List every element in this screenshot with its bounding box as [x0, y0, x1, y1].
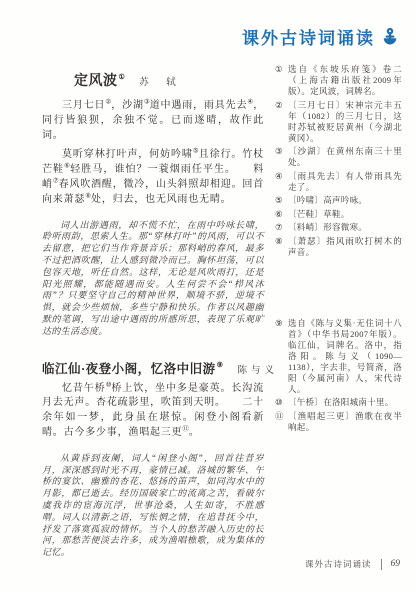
footnote-number: ①: [275, 64, 288, 97]
page-header-title: 课外古诗词诵读: [242, 24, 375, 49]
footnotes-group-1: ①选自《东坡乐府笺》卷二（上海古籍出版社2009年版）。定风波，词牌名。②〔三月…: [275, 64, 402, 258]
poem-author: 陈与义: [237, 362, 278, 376]
footnote-number: ⑧: [275, 236, 288, 258]
footnote-text: 〔萧瑟〕指风雨吹打树木的声音。: [288, 236, 402, 258]
footnote-text: 〔三月七日〕宋神宗元丰五年（1082）的三月七日，这时苏轼被贬居黄州（今湖北黄冈…: [288, 100, 402, 144]
footnote-number: ⑪: [275, 411, 288, 433]
footnote-item: ①选自《东坡乐府笺》卷二（上海古籍出版社2009年版）。定风波，词牌名。: [275, 64, 402, 97]
footer-label: 课外古诗词诵读: [305, 558, 372, 570]
footnote-number: ④: [275, 171, 288, 193]
footnote-ref: ⑥: [64, 163, 70, 170]
footnote-ref: ①: [119, 73, 126, 81]
footnote-ref: ⑦: [53, 178, 59, 185]
page-header: 课外古诗词诵读: [242, 24, 400, 49]
poem-title-row: 临江仙·夜登小阁，忆洛中旧游⑨ 陈与义: [42, 359, 264, 377]
poem-section-linjiangxian: 临江仙·夜登小阁，忆洛中旧游⑨ 陈与义 忆昔午桥⑩桥上饮，坐中多是豪英。长沟流月…: [42, 359, 264, 559]
footnote-text: 〔吟啸〕高声吟咏。: [288, 195, 402, 206]
footnote-item: ⑤〔吟啸〕高声吟咏。: [275, 195, 402, 206]
footnote-ref: ⑧: [85, 192, 91, 199]
footnote-ref: ②: [105, 99, 111, 106]
poem-body: 莫听穿林打叶声，何妨吟啸⑤且徐行。竹杖芒鞋⑥轻胜马，谁怕？一蓑烟雨任平生。 料峭…: [42, 148, 264, 207]
footnote-number: ⑦: [275, 222, 288, 233]
poem-title: 临江仙·夜登小阁，忆洛中旧游⑨: [42, 359, 223, 377]
footnote-item: ⑨选自《陈与义集·无住词十八首》（中华书局2007年版）。临江仙，词牌名。洛中，…: [275, 318, 402, 395]
footnote-text: 〔雨具先去〕有人带雨具先走了。: [288, 171, 402, 193]
poem-preface: 三月七日②，沙湖③道中遇雨，雨具先去④，同行皆狼狈，余独不觉。已而遂晴，故作此词…: [42, 99, 264, 143]
poem-title-row: 定风波① 苏 轼: [42, 70, 264, 90]
footnote-item: ⑥〔芒鞋〕草鞋。: [275, 209, 402, 220]
poem-body: 忆昔午桥⑩桥上饮，坐中多是豪英。长沟流月去无声。杏花疏影里，吹笛到天明。 二十余…: [42, 382, 264, 441]
footnote-text: 〔渔唱起三更〕渔歌在夜半响起。: [288, 411, 402, 433]
poem-section-dingfengbo: 定风波① 苏 轼 三月七日②，沙湖③道中遇雨，雨具先去④，同行皆狼狈，余独不觉。…: [42, 70, 264, 338]
footnote-item: ⑦〔料峭〕形容微寒。: [275, 222, 402, 233]
footer-divider: [381, 559, 382, 570]
footnote-number: ⑨: [275, 318, 288, 395]
footnotes-column: ①选自《东坡乐府笺》卷二（上海古籍出版社2009年版）。定风波，词牌名。②〔三月…: [275, 64, 402, 559]
footnote-ref: ⑨: [217, 361, 224, 369]
page-number: 69: [391, 559, 401, 569]
poem-author: 苏 轼: [139, 74, 180, 88]
footnote-ref: ⑩: [106, 381, 112, 388]
poem-title: 定风波①: [74, 70, 125, 90]
footnote-text: 选自《陈与义集·无住词十八首》（中华书局2007年版）。临江仙，词牌名。洛中，指…: [288, 318, 402, 395]
footnote-item: ④〔雨具先去〕有人带雨具先走了。: [275, 171, 402, 193]
anchor-icon: [380, 27, 400, 47]
footnote-item: ⑧〔萧瑟〕指风雨吹打树木的声音。: [275, 236, 402, 258]
poem-title-text: 定风波: [74, 74, 118, 89]
footnote-ref: ③: [144, 99, 150, 106]
footnote-text: 选自《东坡乐府笺》卷二（上海古籍出版社2009年版）。定风波，词牌名。: [288, 64, 402, 97]
poem-title-text: 临江仙·夜登小阁，忆洛中旧游: [42, 362, 216, 376]
footnote-text: 〔芒鞋〕草鞋。: [288, 209, 402, 220]
footnote-text: 〔沙湖〕在黄州东南三十里处。: [288, 146, 402, 168]
footnote-item: ⑩〔午桥〕在洛阳城南十里。: [275, 397, 402, 408]
footnote-number: ⑤: [275, 195, 288, 206]
footnote-item: ②〔三月七日〕宋神宗元丰五年（1082）的三月七日，这时苏轼被贬居黄州（今湖北黄…: [275, 100, 402, 144]
page-content: 定风波① 苏 轼 三月七日②，沙湖③道中遇雨，雨具先去④，同行皆狼狈，余独不觉。…: [42, 64, 402, 559]
poem-commentary: 从黄昏到夜阑，词人“闲登小阁”，回首往昔岁月，深深感到时光不再，豪情已减。洛城的…: [42, 453, 264, 559]
main-column: 定风波① 苏 轼 三月七日②，沙湖③道中遇雨，雨具先去④，同行皆狼狈，余独不觉。…: [42, 64, 264, 559]
page-footer: 课外古诗词诵读 69: [305, 558, 400, 570]
textbook-page: 课外古诗词诵读 定风波① 苏 轼 三月七日②，沙湖③道中遇雨，雨具先去④，同行皆…: [0, 0, 415, 592]
footnotes-group-2: ⑨选自《陈与义集·无住词十八首》（中华书局2007年版）。临江仙，词牌名。洛中，…: [275, 318, 402, 433]
footnote-number: ③: [275, 146, 288, 168]
poem-commentary: 词人出游遇雨，却不慌不忙，在雨中吟咏长啸，聆听雨韵，思索人生。那“穿林打叶”的风…: [42, 220, 264, 338]
footnote-number: ⑩: [275, 397, 288, 408]
footnote-text: 〔午桥〕在洛阳城南十里。: [288, 397, 402, 408]
footnote-ref: ④: [247, 99, 253, 106]
footnote-item: ⑪〔渔唱起三更〕渔歌在夜半响起。: [275, 411, 402, 433]
footnote-number: ⑥: [275, 209, 288, 220]
footnote-number: ②: [275, 100, 288, 144]
footnote-text: 〔料峭〕形容微寒。: [288, 222, 402, 233]
footnote-ref: ⑪: [182, 426, 189, 433]
footnote-ref: ⑤: [193, 148, 199, 155]
footnote-item: ③〔沙湖〕在黄州东南三十里处。: [275, 146, 402, 168]
